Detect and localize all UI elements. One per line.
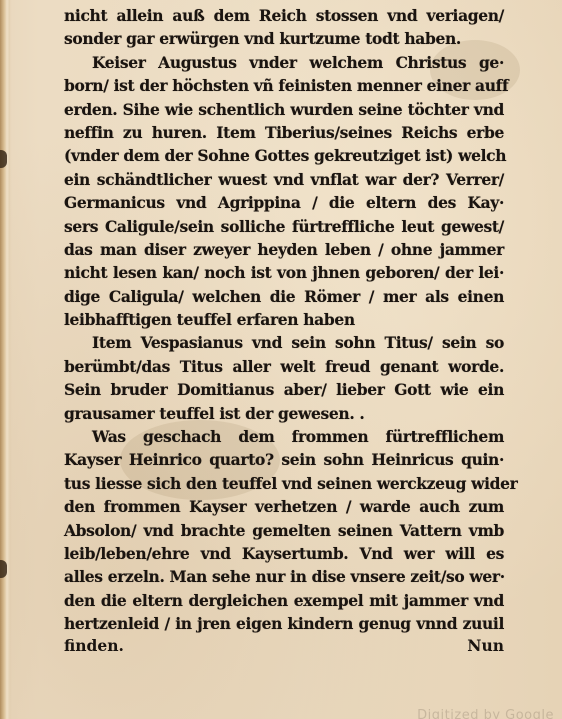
text-line: dige Caligula/ welchen die Römer / mer a… bbox=[64, 285, 504, 308]
text-line: leib/leben/ehre vnd Kaysertumb. Vnd wer … bbox=[64, 542, 504, 565]
text-line: nicht allein auß dem Reich stossen vnd v… bbox=[64, 4, 504, 27]
text-line: den die eltern dergleichen exempel mit j… bbox=[64, 589, 504, 612]
last-line-row: finden. Nun bbox=[64, 636, 504, 655]
text-line: das man diser zweyer heyden leben / ohne… bbox=[64, 238, 504, 261]
text-line: born/ ist der höchsten vñ feinisten menn… bbox=[64, 74, 504, 97]
text-line: ein schändtlicher wuest vnd vnflat war d… bbox=[64, 168, 504, 191]
text-line: erden. Sihe wie schentlich wurden seine … bbox=[64, 98, 504, 121]
text-line: den frommen Kayser verhetzen / warde auc… bbox=[64, 495, 504, 518]
text-line: tus liesse sich den teuffel vnd seinen w… bbox=[64, 472, 504, 495]
text-line: leibhafftigen teuffel erfaren haben bbox=[64, 308, 504, 331]
text-line: Item Vespasianus vnd sein sohn Titus/ se… bbox=[64, 331, 504, 354]
text-line: Kayser Heinrico quarto? sein sohn Heinri… bbox=[64, 448, 504, 471]
text-line: Keiser Augustus vnder welchem Christus g… bbox=[64, 51, 504, 74]
spine-binding-mark bbox=[0, 560, 7, 578]
body-text: nicht allein auß dem Reich stossen vnd v… bbox=[64, 4, 504, 655]
text-line: sers Caligule/sein solliche fürtrefflich… bbox=[64, 215, 504, 238]
text-line: Was geschach dem frommen fürtrefflichem bbox=[64, 425, 504, 448]
text-line: Sein bruder Domitianus aber/ lieber Gott… bbox=[64, 378, 504, 401]
scanned-book-page: nicht allein auß dem Reich stossen vnd v… bbox=[0, 0, 562, 719]
text-line: nicht lesen kan/ noch ist von jhnen gebo… bbox=[64, 261, 504, 284]
text-line: (vnder dem der Sohne Gottes gekreutziget… bbox=[64, 144, 504, 167]
text-line: grausamer teuffel ist der gewesen. . bbox=[64, 402, 504, 425]
text-line: neffin zu huren. Item Tiberius/seines Re… bbox=[64, 121, 504, 144]
text-line: berümbt/das Titus aller welt freud genan… bbox=[64, 355, 504, 378]
text-line: Germanicus vnd Agrippina / die eltern de… bbox=[64, 191, 504, 214]
text-line: hertzenleid / in jren eigen kindern genu… bbox=[64, 612, 504, 635]
catchword: Nun bbox=[467, 636, 504, 655]
text-line: finden. bbox=[64, 636, 124, 655]
page-spine-edge bbox=[0, 0, 10, 719]
digitization-watermark: Digitized by Google bbox=[417, 708, 554, 719]
text-line: Absolon/ vnd brachte gemelten seinen Vat… bbox=[64, 519, 504, 542]
text-line: alles erzeln. Man sehe nur in dise vnser… bbox=[64, 565, 504, 588]
spine-binding-mark bbox=[0, 150, 7, 168]
text-line: sonder gar erwürgen vnd kurtzume todt ha… bbox=[64, 27, 504, 50]
